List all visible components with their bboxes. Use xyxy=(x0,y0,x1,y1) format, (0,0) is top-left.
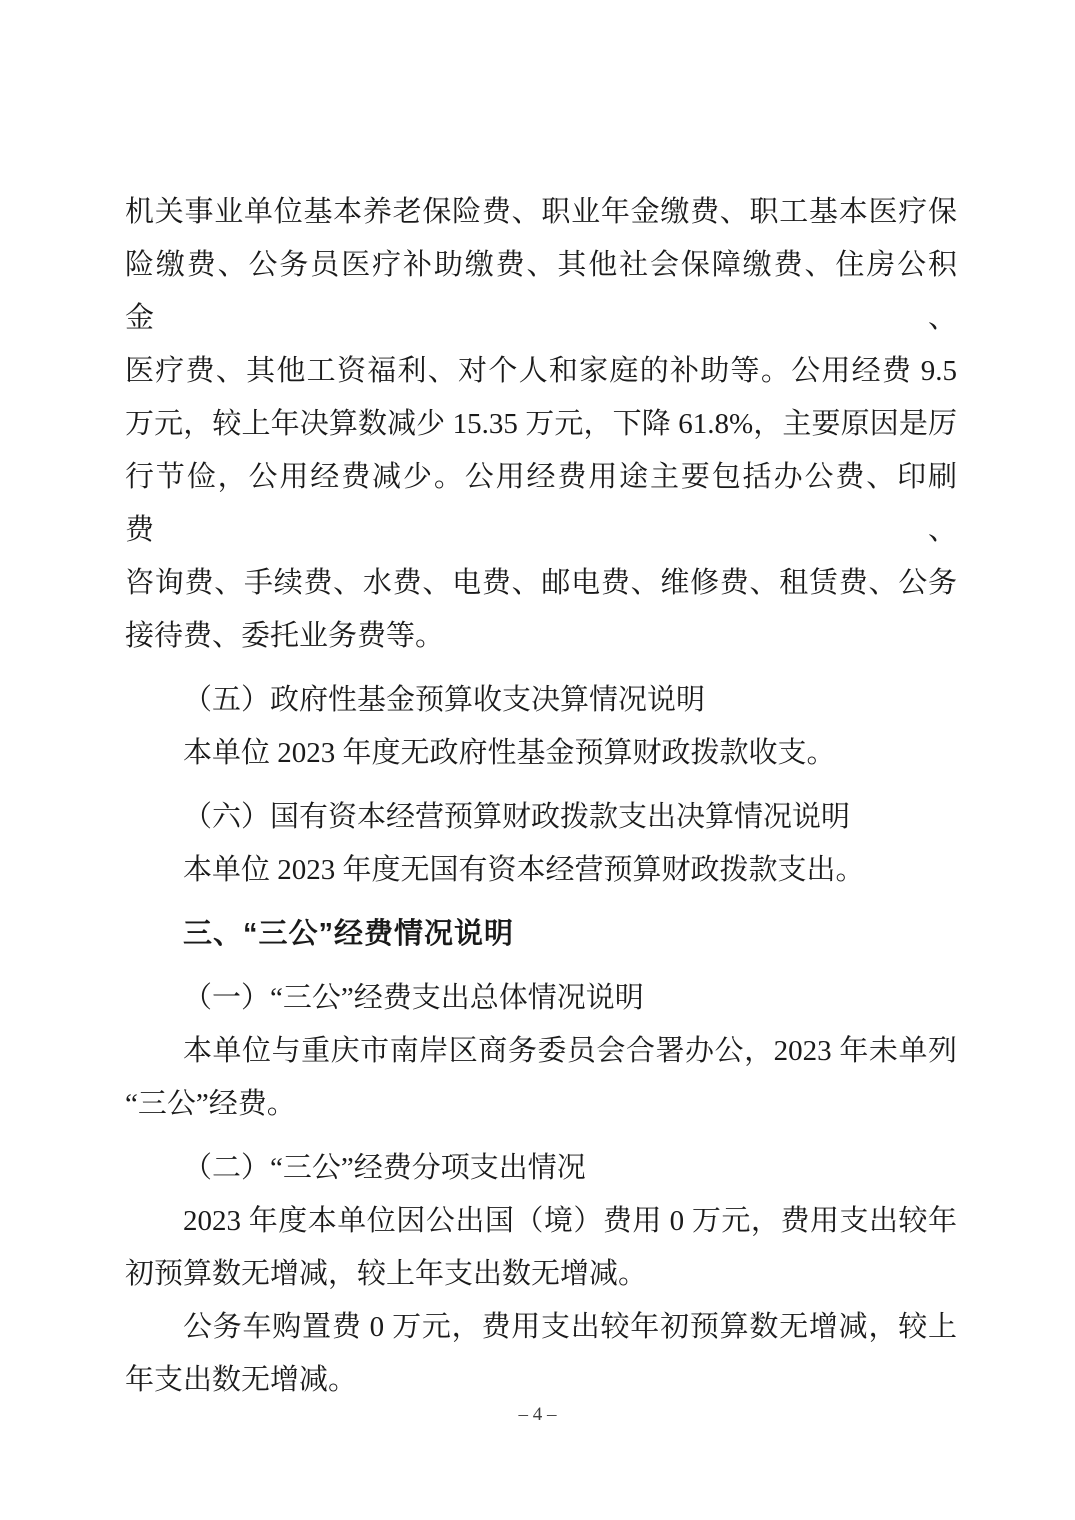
paragraph-line: 咨询费、手续费、水费、电费、邮电费、维修费、租赁费、公务 xyxy=(125,557,957,610)
paragraph-line: 公务车购置费 0 万元，费用支出较年初预算数无增减，较上 xyxy=(125,1301,957,1354)
paragraph-line: 万元，较上年决算数减少 15.35 万元，下降 61.8%，主要原因是厉 xyxy=(125,398,957,451)
paragraph-line: 2023 年度本单位因公出国（境）费用 0 万元，费用支出较年 xyxy=(125,1195,957,1248)
paragraph-line: 行节俭，公用经费减少。公用经费用途主要包括办公费、印刷费、 xyxy=(125,451,957,557)
paragraph-line: 本单位 2023 年度无国有资本经营预算财政拨款支出。 xyxy=(125,844,957,897)
paragraph-line: 机关事业单位基本养老保险费、职业年金缴费、职工基本医疗保 xyxy=(125,186,957,239)
paragraph-line: 本单位与重庆市南岸区商务委员会合署办公，2023 年未单列 xyxy=(125,1025,957,1078)
paragraph-line: “三公”经费。 xyxy=(125,1078,957,1131)
heading-section-3: 三、“三公”经费情况说明 xyxy=(125,908,957,961)
page-number: – 4 – xyxy=(0,1392,1075,1438)
subheading-6: （六）国有资本经营预算财政拨款支出决算情况说明 xyxy=(125,791,957,844)
document-page: 机关事业单位基本养老保险费、职业年金缴费、职工基本医疗保险缴费、公务员医疗补助缴… xyxy=(0,0,1075,1520)
subheading-1: （一）“三公”经费支出总体情况说明 xyxy=(125,972,957,1025)
paragraph-line: 本单位 2023 年度无政府性基金预算财政拨款收支。 xyxy=(125,727,957,780)
paragraph-line: 初预算数无增减，较上年支出数无增减。 xyxy=(125,1248,957,1301)
subheading-5: （五）政府性基金预算收支决算情况说明 xyxy=(125,674,957,727)
document-body: 机关事业单位基本养老保险费、职业年金缴费、职工基本医疗保险缴费、公务员医疗补助缴… xyxy=(125,186,957,1407)
paragraph-line: 险缴费、公务员医疗补助缴费、其他社会保障缴费、住房公积金、 xyxy=(125,239,957,345)
subheading-2: （二）“三公”经费分项支出情况 xyxy=(125,1142,957,1195)
paragraph-line: 医疗费、其他工资福利、对个人和家庭的补助等。公用经费 9.5 xyxy=(125,345,957,398)
paragraph-line: 接待费、委托业务费等。 xyxy=(125,610,957,663)
